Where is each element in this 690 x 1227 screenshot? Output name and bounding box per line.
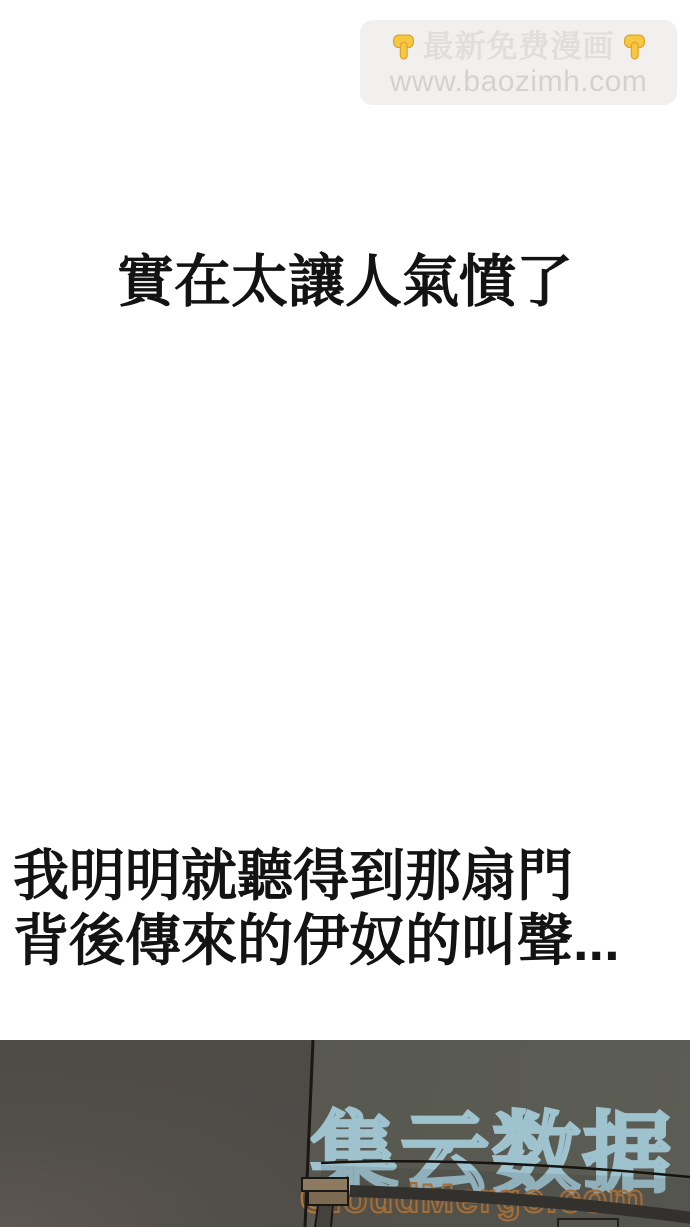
promo-banner-line1: 最新免费漫画 — [391, 29, 647, 65]
promo-banner[interactable]: 最新免费漫画 www.baozimh.com — [360, 20, 677, 105]
dialogue-line-1: 我明明就聽得到那扇門 — [13, 843, 620, 908]
panel-line-art — [0, 1040, 690, 1227]
dialogue-line-2: 背後傳來的伊奴的叫聲... — [13, 908, 620, 973]
comic-page: 最新免费漫画 www.baozimh.com 實在太讓人氣憤了 我明明就聽得到那… — [0, 0, 690, 1227]
dialogue-paragraph: 我明明就聽得到那扇門 背後傳來的伊奴的叫聲... — [13, 843, 620, 973]
comic-panel: 集云数据 CloudMerge.com — [0, 1040, 690, 1227]
promo-banner-text: 最新免费漫画 — [423, 29, 615, 65]
pointing-down-hand-icon — [622, 33, 647, 60]
pointing-down-hand-icon — [391, 33, 416, 60]
promo-banner-url[interactable]: www.baozimh.com — [390, 66, 648, 97]
dialogue-headline: 實在太讓人氣憤了 — [0, 236, 690, 318]
